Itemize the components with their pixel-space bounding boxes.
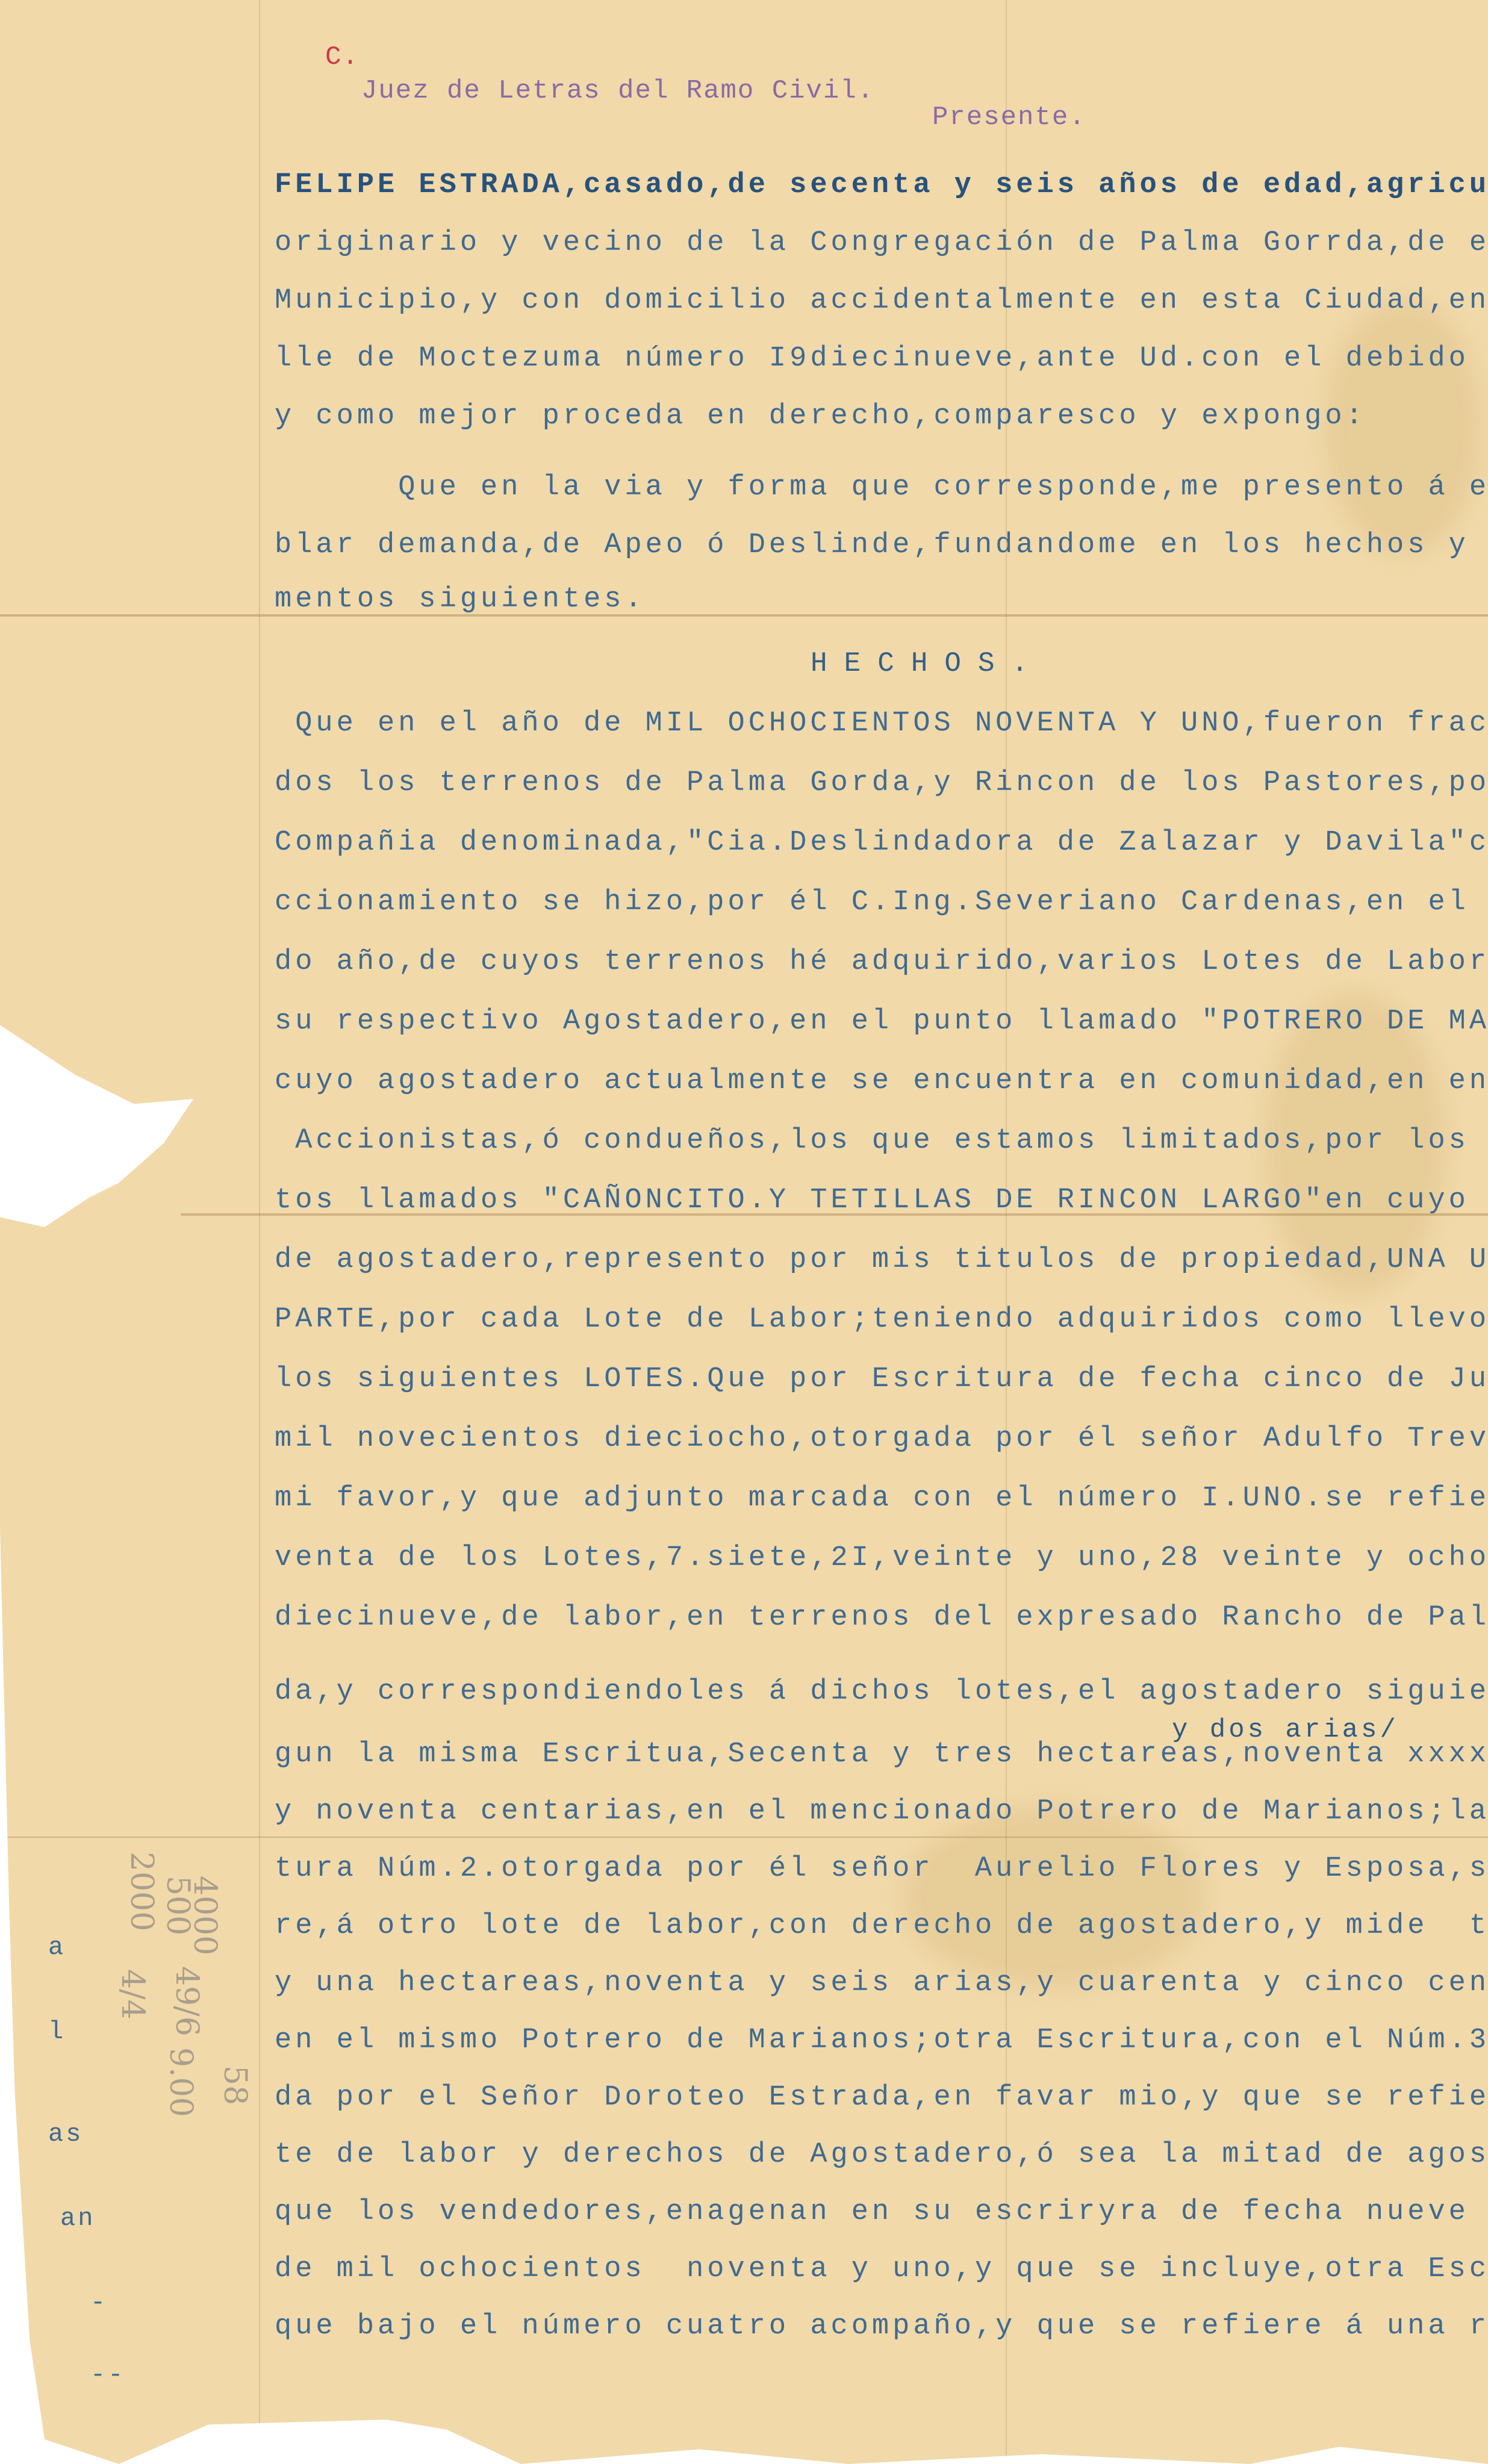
facts-line: Accionistas,ó condueños,los que estamos …	[275, 1127, 1488, 1155]
facts-line: ccionamiento se hizo,por él C.Ing.Severi…	[275, 888, 1488, 916]
intro-line: y como mejor proceda en derecho,compares…	[275, 402, 1366, 431]
facts-line: te de labor y derechos de Agostadero,ó s…	[275, 2141, 1488, 2169]
intro-line: lle de Moctezuma número I9diecinueve,ant…	[275, 344, 1488, 373]
facts-line: da por el Señor Doroteo Estrada,en favar…	[275, 2083, 1488, 2112]
facts-line: PARTE,por cada Lote de Labor;teniendo ad…	[275, 1305, 1488, 1334]
facts-line: de agostadero,represento por mis titulos…	[275, 1246, 1488, 1274]
salutation-closing: Presente.	[932, 102, 1086, 132]
margin-stub-text: a	[48, 1933, 66, 1962]
facts-line: y una hectareas,noventa y seis arias,y c…	[275, 1969, 1488, 1997]
pencil-note: 9.00	[163, 2047, 199, 2117]
fold-crease	[0, 1837, 1488, 1838]
facts-line: cuyo agostadero actualmente se encuentra…	[275, 1067, 1488, 1095]
intro-line: Que en la via y forma que corresponde,me…	[275, 473, 1488, 502]
facts-line: tos llamados "CAÑONCITO.Y TETILLAS DE RI…	[275, 1186, 1488, 1215]
facts-line: Compañia denominada,"Cia.Deslindadora de…	[275, 829, 1488, 857]
facts-line: dos los terrenos de Palma Gorda,y Rincon…	[275, 769, 1488, 797]
facts-line: de mil ochocientos noventa y uno,y que s…	[275, 2255, 1488, 2283]
facts-line: Que en el año de MIL OCHOCIENTOS NOVENTA…	[275, 709, 1488, 738]
fold-crease-vertical	[259, 0, 260, 2464]
addressee: Juez de Letras del Ramo Civil.	[361, 76, 874, 106]
pencil-note: 49/6	[169, 1966, 205, 2036]
intro-line: Municipio,y con domicilio accidentalment…	[275, 287, 1488, 315]
facts-line: y noventa centarias,en el mencionado Pot…	[275, 1797, 1488, 1826]
margin-stub-text: --	[90, 2360, 125, 2389]
facts-line: do año,de cuyos terrenos hé adquirido,va…	[275, 948, 1488, 976]
facts-line: da,y correspondiendoles á dichos lotes,e…	[275, 1678, 1488, 1706]
facts-line: en el mismo Potrero de Marianos;otra Esc…	[275, 2026, 1488, 2055]
intro-line: blar demanda,de Apeo ó Deslinde,fundando…	[275, 531, 1488, 559]
pencil-note: 500	[160, 1876, 196, 1935]
facts-line: que bajo el número cuatro acompaño,y que…	[275, 2312, 1488, 2341]
facts-line: mil novecientos dieciocho,otorgada por é…	[275, 1425, 1488, 1453]
section-heading: HECHOS.	[811, 648, 1045, 679]
pencil-note: 2000	[123, 1852, 160, 1931]
facts-line: gun la misma Escritua,Secenta y tres hec…	[275, 1740, 1488, 1769]
salutation-title: C.	[325, 42, 360, 72]
intro-line: originario y vecino de la Congregación d…	[275, 229, 1488, 257]
facts-line: tura Núm.2.otorgada por él señor Aurelio…	[275, 1855, 1488, 1883]
intro-line: FELIPE ESTRADA,casado,de secenta y seis …	[275, 171, 1488, 199]
pencil-note: 4/4	[114, 1969, 151, 2020]
intro-line: mentos siguientes.	[275, 585, 646, 614]
facts-line: que los vendedores,enagenan en su escrir…	[275, 2198, 1488, 2226]
water-stain	[903, 1806, 1204, 1987]
facts-line: mi favor,y que adjunto marcada con el nú…	[275, 1484, 1488, 1513]
margin-stub-text: -	[90, 2288, 108, 2317]
facts-line: re,á otro lote de labor,con derecho de a…	[275, 1912, 1488, 1940]
facts-line: diecinueve,de labor,en terrenos del expr…	[275, 1604, 1488, 1632]
fold-crease	[0, 614, 1488, 617]
margin-stub-text: l	[48, 2017, 66, 2046]
pencil-note: 58	[217, 2065, 253, 2105]
facts-line: su respectivo Agostadero,en el punto lla…	[275, 1007, 1488, 1036]
margin-stub-text: as	[48, 2120, 83, 2148]
facts-line: venta de los Lotes,7.siete,2I,veinte y u…	[275, 1544, 1488, 1572]
facts-line: los siguientes LOTES.Que por Escritura d…	[275, 1365, 1488, 1393]
margin-stub-text: an	[60, 2204, 95, 2233]
